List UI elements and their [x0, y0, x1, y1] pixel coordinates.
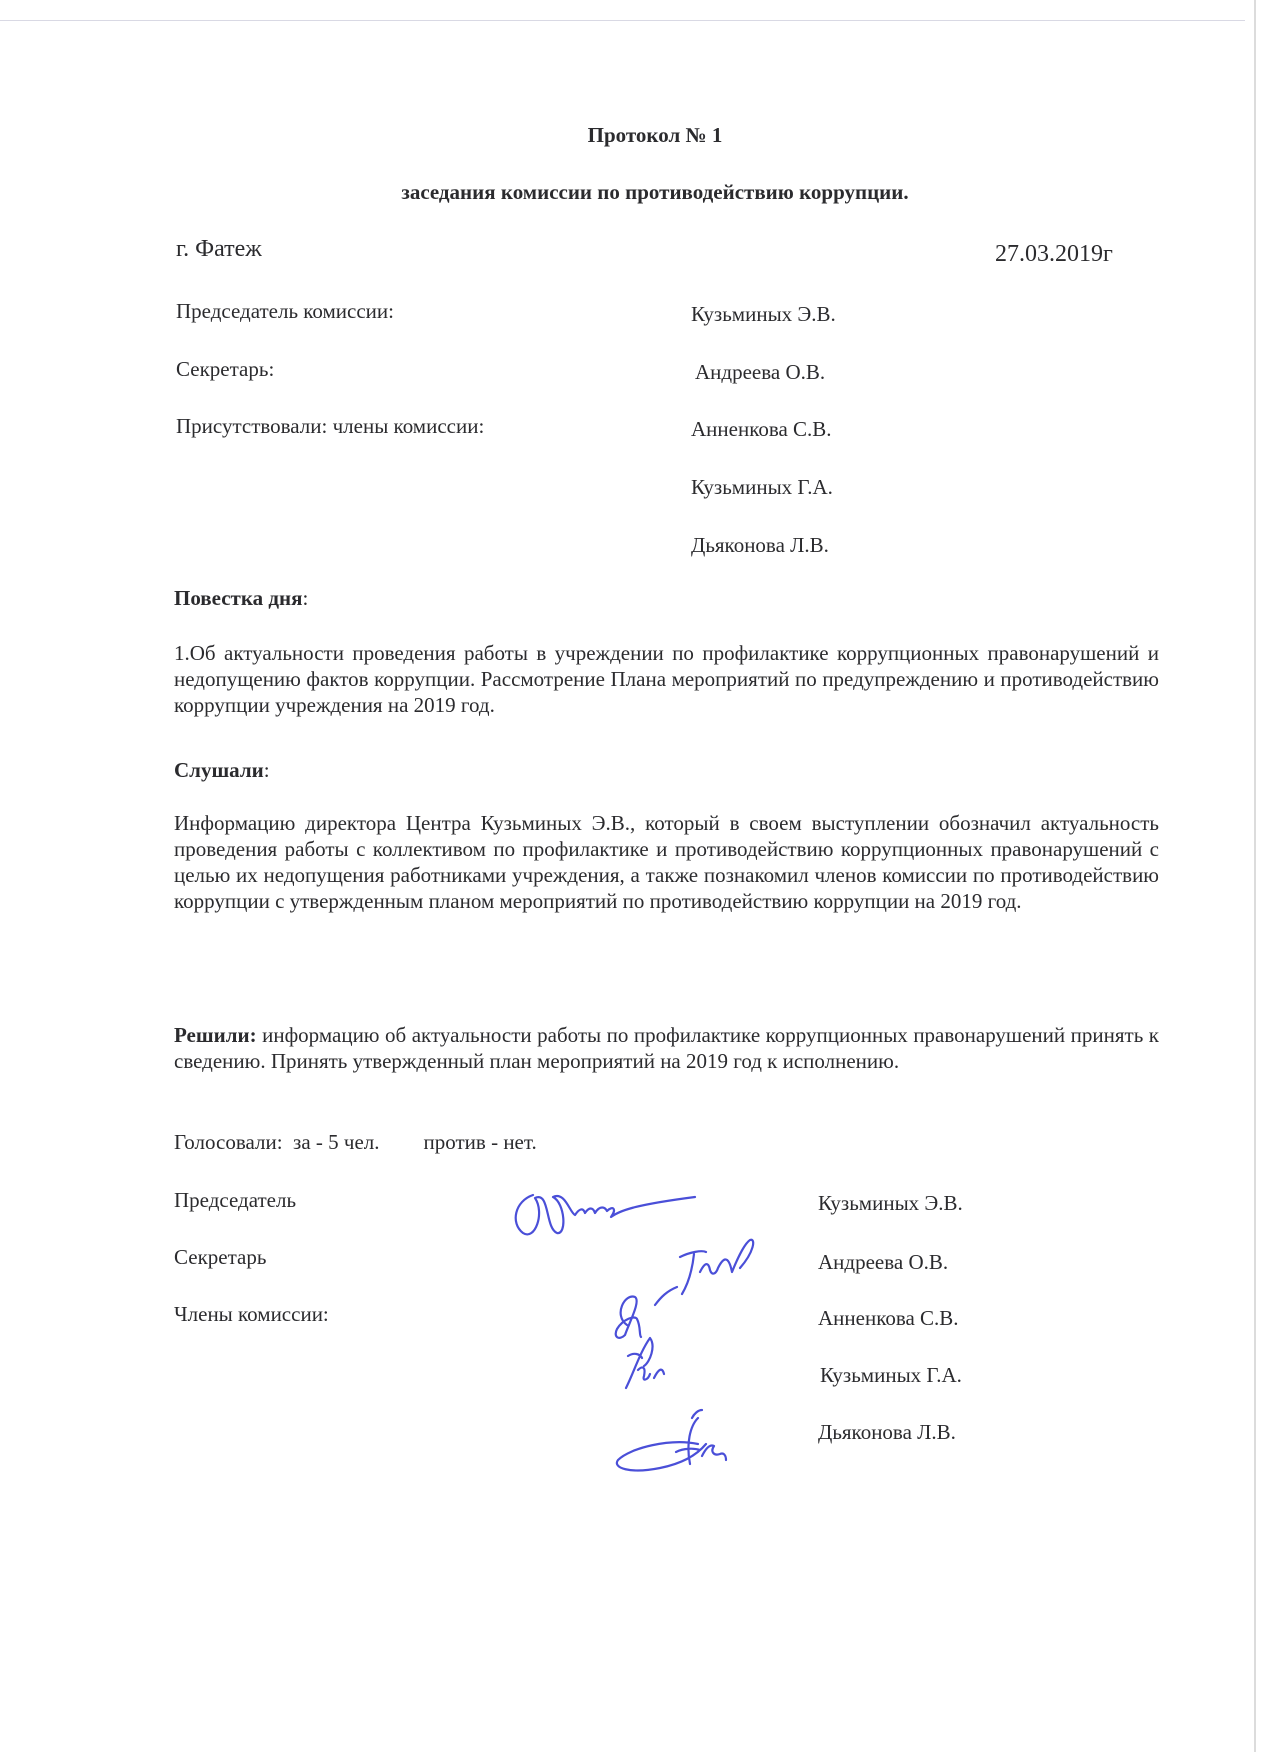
heard-body: Информацию директора Центра Кузьминых Э.…: [174, 811, 1159, 913]
decided-text: информацию об актуальности работы по про…: [174, 1023, 1159, 1073]
secretary-name: Андреева О.В.: [695, 360, 825, 385]
member-name: Дьяконова Л.В.: [691, 533, 829, 558]
document-subtitle: заседания комиссии по противодействию ко…: [0, 180, 1264, 205]
vote-label: Голосовали:: [174, 1130, 283, 1154]
sig-name: Андреева О.В.: [818, 1250, 948, 1275]
sig-name: Кузьминых Э.В.: [818, 1191, 963, 1216]
decided-paragraph: Решили: информацию об актуальности работ…: [174, 1022, 1159, 1074]
heard-heading-text: Слушали: [174, 758, 264, 782]
heard-heading-colon: :: [264, 758, 270, 782]
document-title: Протокол № 1: [0, 123, 1264, 148]
agenda-heading-colon: :: [302, 586, 308, 610]
sig-secretary-label: Секретарь: [174, 1245, 266, 1270]
signature-member-2: [620, 1332, 680, 1392]
vote-against: против - нет.: [424, 1130, 537, 1154]
scan-edge-right: [1254, 0, 1256, 1752]
vote-for: за - 5 чел.: [293, 1130, 379, 1154]
document-date: 27.03.2019г: [995, 241, 1113, 268]
agenda-text: 1.Об актуальности проведения работы в уч…: [174, 640, 1159, 718]
city: г. Фатеж: [176, 236, 262, 263]
sig-chair-label: Председатель: [174, 1188, 296, 1213]
member-name: Кузьминых Г.А.: [691, 475, 833, 500]
chair-name: Кузьминых Э.В.: [691, 302, 836, 327]
secretary-label: Секретарь:: [176, 357, 274, 382]
decided-heading: Решили:: [174, 1023, 257, 1047]
agenda-heading-text: Повестка дня: [174, 586, 302, 610]
agenda-heading: Повестка дня:: [174, 586, 308, 611]
sig-name: Кузьминых Г.А.: [820, 1363, 962, 1388]
sig-name: Анненкова С.В.: [818, 1306, 959, 1331]
signature-member-3: [610, 1408, 730, 1478]
member-name: Анненкова С.В.: [691, 417, 832, 442]
sig-name: Дьяконова Л.В.: [818, 1420, 956, 1445]
heard-heading: Слушали:: [174, 758, 270, 783]
scan-edge-top: [0, 20, 1245, 21]
heard-text: Информацию директора Центра Кузьминых Э.…: [174, 810, 1159, 914]
chair-label: Председатель комиссии:: [176, 299, 394, 324]
members-label: Присутствовали: члены комиссии:: [176, 414, 484, 439]
sig-members-label: Члены комиссии:: [174, 1302, 329, 1327]
vote-line: Голосовали: за - 5 чел.против - нет.: [174, 1130, 537, 1155]
